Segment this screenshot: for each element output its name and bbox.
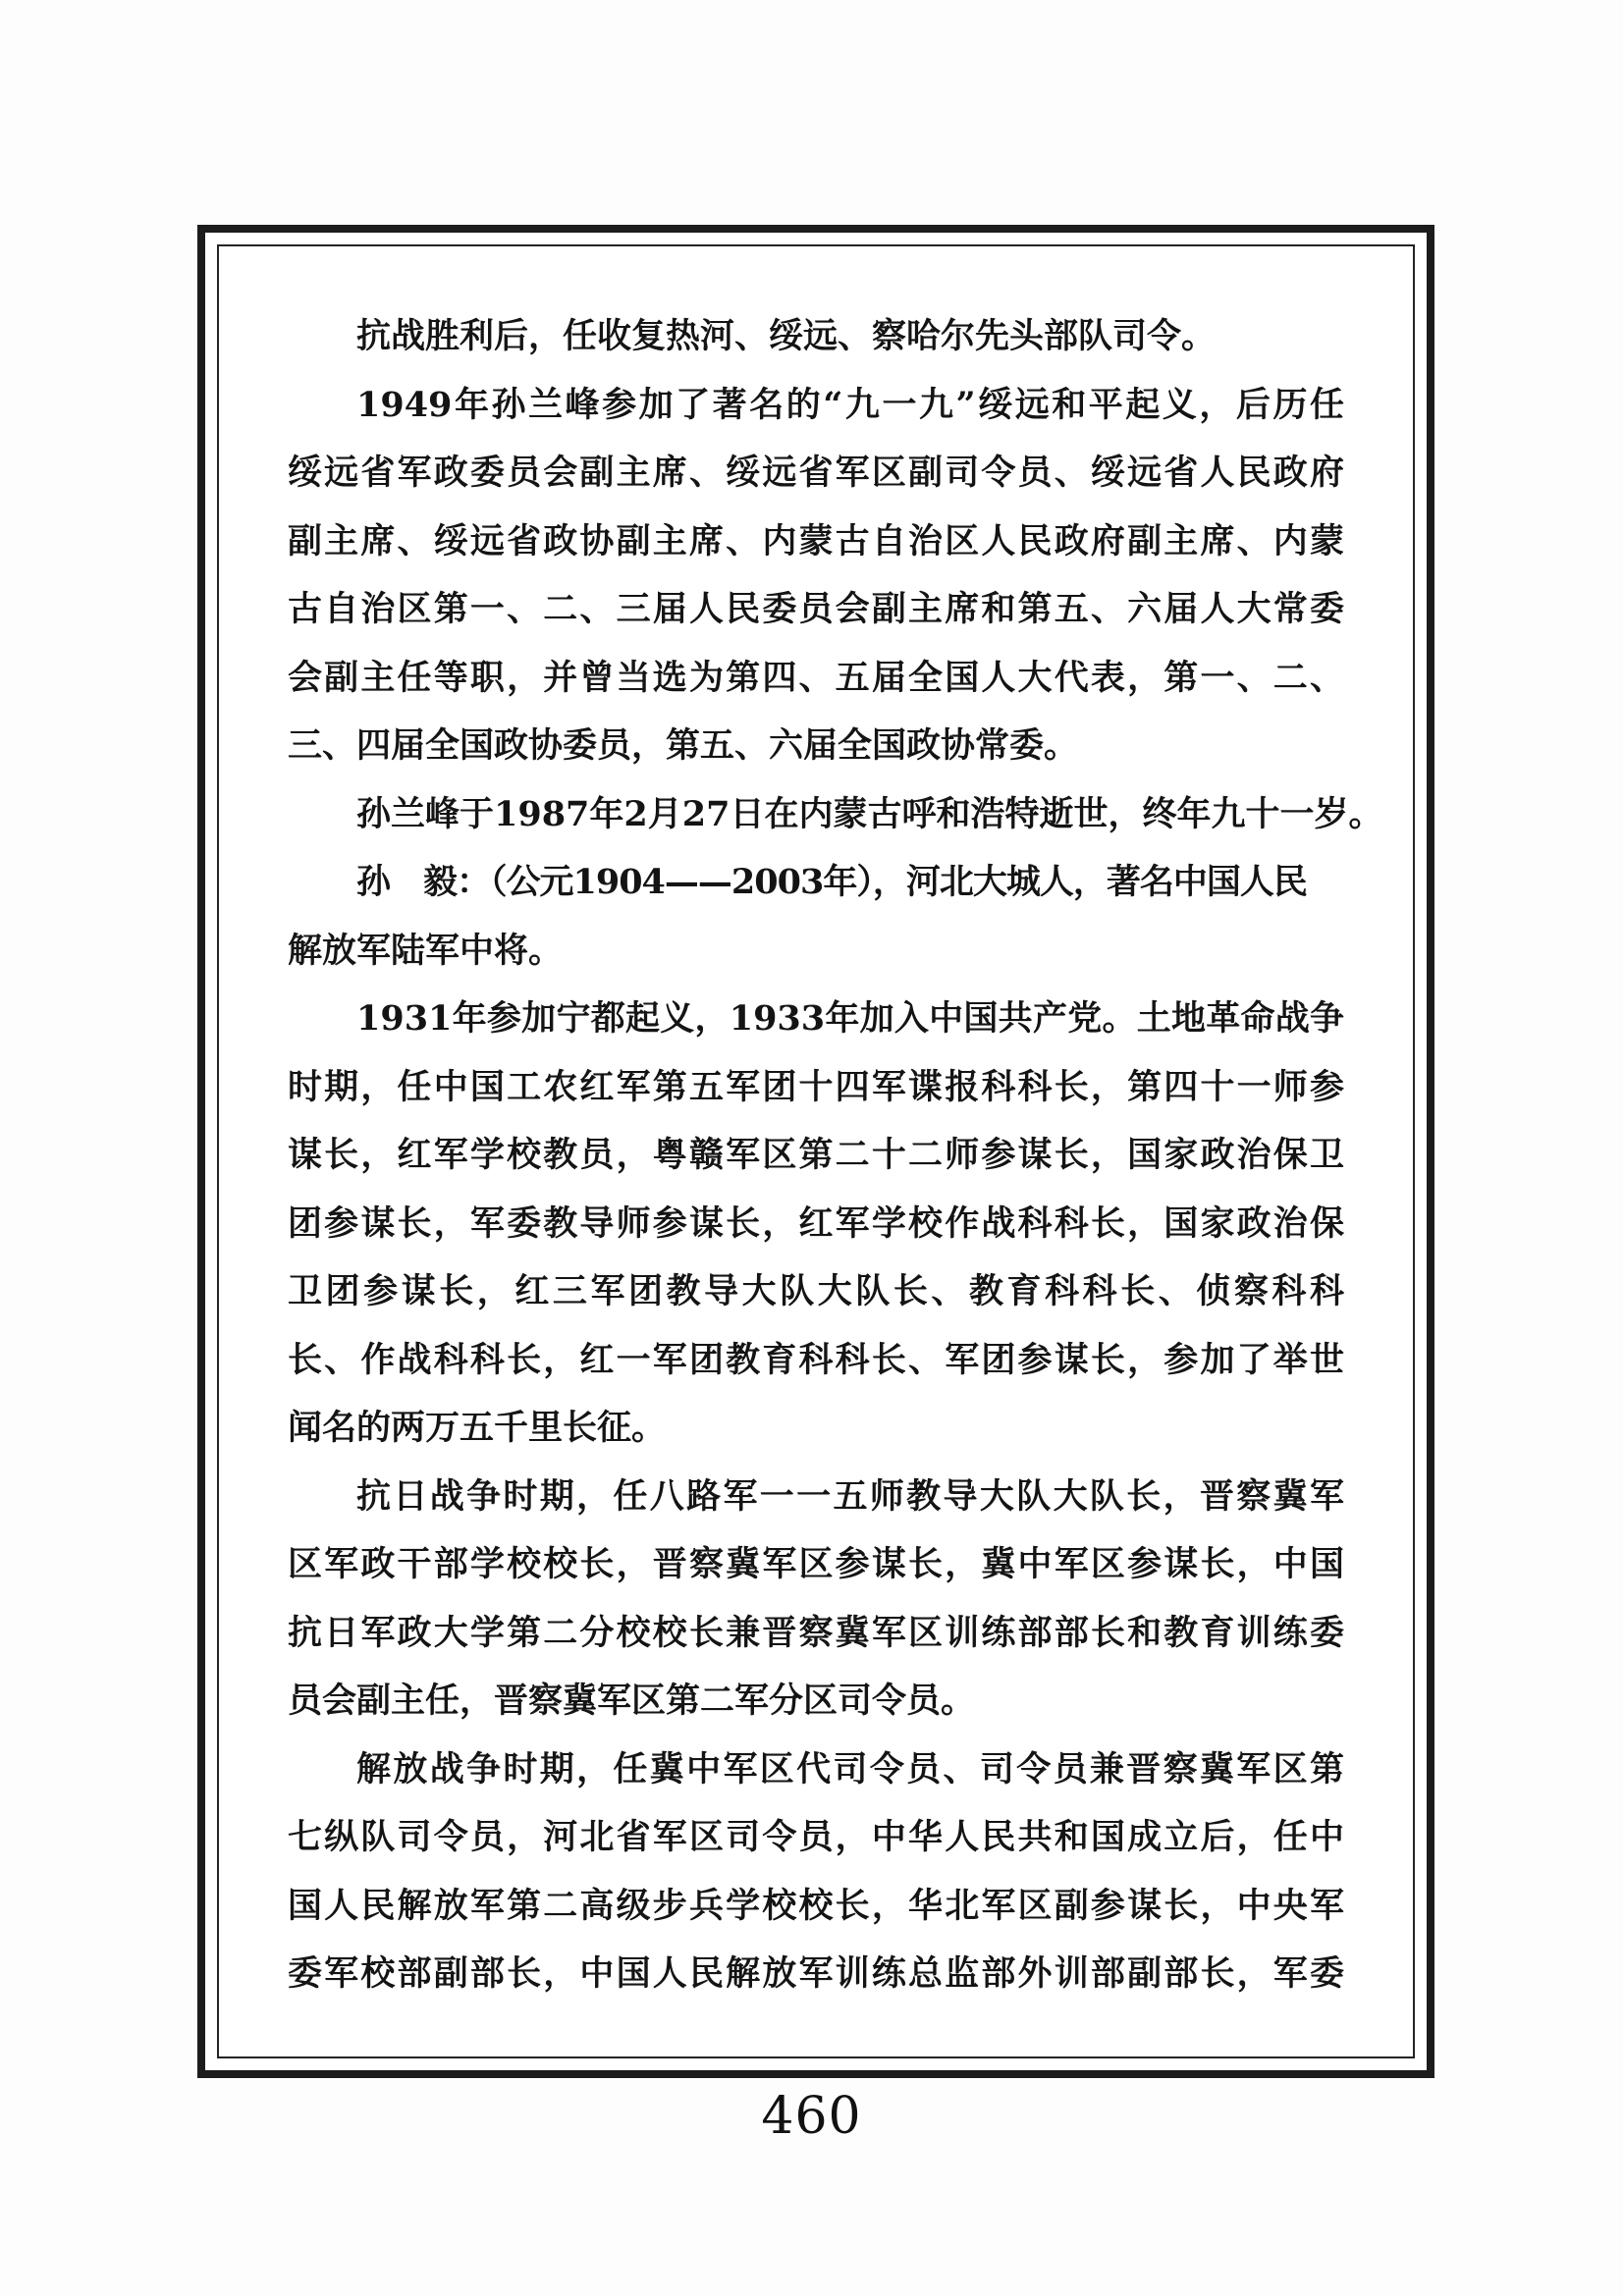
text-line: 抗战胜利后，任收复热河、绥远、察哈尔先头部队司令。: [288, 302, 1344, 371]
text-line: 解放军陆军中将。: [288, 917, 1344, 986]
text-line: 1931年参加宁都起义，1933年加入中国共产党。土地革命战争: [288, 985, 1344, 1053]
inner-border-frame: 抗战胜利后，任收复热河、绥远、察哈尔先头部队司令。1949年孙兰峰参加了著名的“…: [217, 244, 1415, 2058]
text-line: 三、四届全国政协委员，第五、六届全国政协常委。: [288, 712, 1344, 780]
text-line: 卫团参谋长，红三军团教导大队大队长、教育科科长、侦察科科: [288, 1257, 1344, 1326]
text-line: 国人民解放军第二高级步兵学校校长，华北军区副参谋长，中央军: [288, 1872, 1344, 1941]
text-line: 解放战争时期，任冀中军区代司令员、司令员兼晋察冀军区第: [288, 1735, 1344, 1804]
text-line: 抗日军政大学第二分校校长兼晋察冀军区训练部部长和教育训练委: [288, 1599, 1344, 1668]
text-line: 团参谋长，军委教导师参谋长，红军学校作战科科长，国家政治保: [288, 1190, 1344, 1258]
text-line: 委军校部副部长，中国人民解放军训练总监部外训部副部长，军委: [288, 1940, 1344, 2008]
text-line: 七纵队司令员，河北省军区司令员，中华人民共和国成立后，任中: [288, 1803, 1344, 1872]
text-line: 区军政干部学校校长，晋察冀军区参谋长，冀中军区参谋长，中国: [288, 1530, 1344, 1599]
text-line: 孙 毅：（公元1904——2003年），河北大城人，著名中国人民: [288, 848, 1344, 917]
text-line: 谋长，红军学校教员，粤赣军区第二十二师参谋长，国家政治保卫: [288, 1121, 1344, 1190]
text-line: 员会副主任，晋察冀军区第二军分区司令员。: [288, 1667, 1344, 1735]
outer-border-frame: 抗战胜利后，任收复热河、绥远、察哈尔先头部队司令。1949年孙兰峰参加了著名的“…: [197, 225, 1434, 2078]
text-line: 绥远省军政委员会副主席、绥远省军区副司令员、绥远省人民政府: [288, 439, 1344, 507]
text-line: 长、作战科科长，红一军团教育科科长、军团参谋长，参加了举世: [288, 1326, 1344, 1395]
text-line: 古自治区第一、二、三届人民委员会副主席和第五、六届人大常委: [288, 575, 1344, 644]
text-line: 会副主任等职，并曾当选为第四、五届全国人大代表，第一、二、: [288, 644, 1344, 713]
text-line: 副主席、绥远省政协副主席、内蒙古自治区人民政府副主席、内蒙: [288, 507, 1344, 576]
text-line: 闻名的两万五千里长征。: [288, 1394, 1344, 1463]
text-line: 时期，任中国工农红军第五军团十四军谍报科科长，第四十一师参: [288, 1053, 1344, 1122]
book-page: 抗战胜利后，任收复热河、绥远、察哈尔先头部队司令。1949年孙兰峰参加了著名的“…: [0, 0, 1623, 2296]
page-number: 460: [0, 2087, 1623, 2146]
body-text-block: 抗战胜利后，任收复热河、绥远、察哈尔先头部队司令。1949年孙兰峰参加了著名的“…: [219, 246, 1413, 2056]
text-line: 抗日战争时期，任八路军一一五师教导大队大队长，晋察冀军: [288, 1463, 1344, 1531]
text-line: 孙兰峰于1987年2月27日在内蒙古呼和浩特逝世，终年九十一岁。: [288, 780, 1344, 849]
text-line: 1949年孙兰峰参加了著名的“九一九”绥远和平起义，后历任: [288, 371, 1344, 440]
